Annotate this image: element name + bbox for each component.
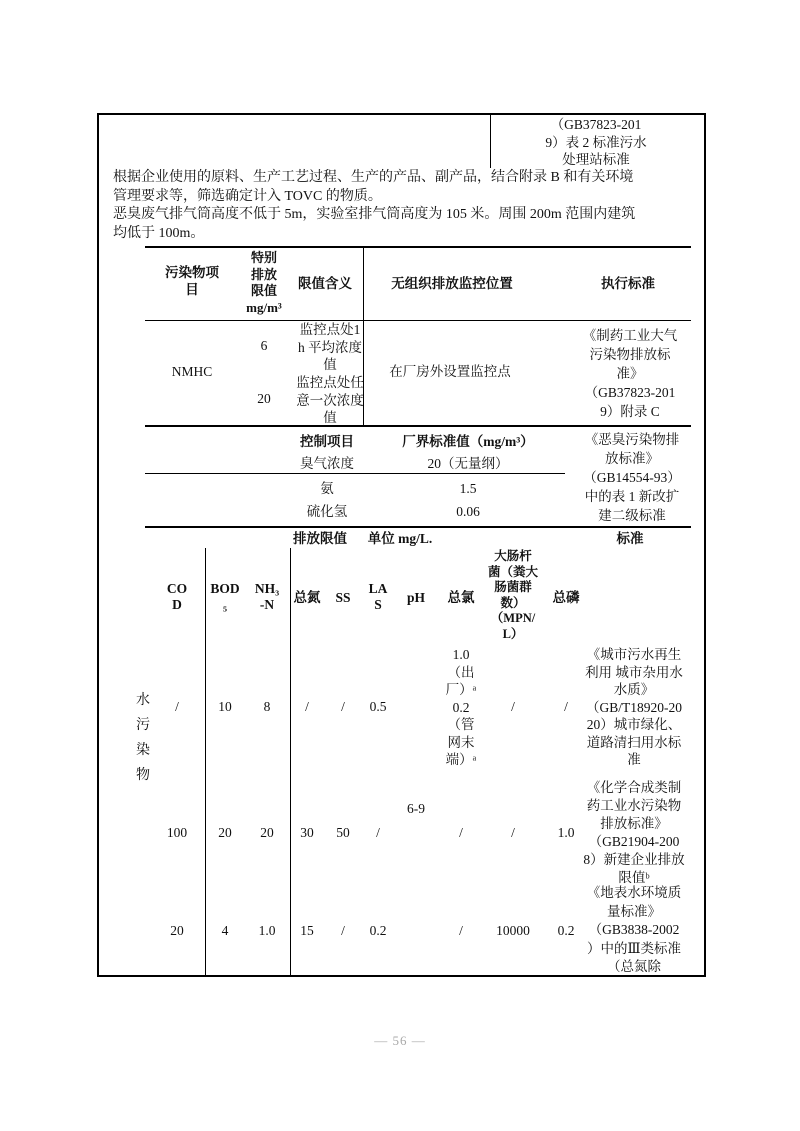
stack-height-paragraph: 恶臭废气排气筒高度不低于 5m，实验室排气筒高度为 105 米。周围 200m … (113, 206, 699, 243)
water-col-ss: SS (323, 589, 363, 606)
water-cell: / (439, 923, 483, 939)
odor-header-boundary-value: 厂界标准值（mg/m³） (368, 433, 568, 450)
gas-pollutant-nmhc: NMHC (152, 363, 232, 381)
gas-monitoring-location: 在厂房外设置监控点 (340, 363, 560, 381)
gas-limit-once: 20 (244, 390, 284, 408)
water-title-standard: 标准 (590, 530, 670, 547)
odor-row-item: 硫化氢 (267, 503, 387, 521)
water-col-bod5: BOD ₅ (203, 581, 247, 613)
odor-table-bottom-rule (145, 526, 691, 528)
odor-row-value: 1.5 (388, 480, 548, 498)
top-cell-divider (490, 115, 491, 168)
water-standard-pharma: 《化学合成类制 药工业水污染物 排放标准》 （GB21904-200 8）新建企… (571, 779, 697, 887)
water-standard-surface-water: 《地表水环境质 量标准》 （GB3838-2002 ）中的Ⅲ类标准 （总氮除 (571, 884, 697, 977)
page-number: — 56 — (350, 1033, 450, 1049)
odor-standard: 《恶臭污染物排 放标准》 （GB14554-93） 中的表 1 新改扩 建二级标… (568, 430, 696, 525)
gas-table-bottom-rule (145, 425, 691, 427)
intro-paragraph: 根据企业使用的原料、生产工艺过程、生产的产品、副产品，结合附录 B 和有关环境 … (113, 169, 699, 206)
water-cell: / (439, 825, 483, 841)
water-cell: 1.0 (245, 923, 289, 939)
water-col-total-nitrogen: 总氮 (287, 589, 327, 606)
water-row-label: 水 污 染 物 (131, 688, 155, 788)
gas-header-pollutant: 污染物项 目 (152, 264, 232, 298)
water-cell: / (491, 699, 535, 715)
water-col-total-chlorine: 总氯 (441, 589, 481, 606)
water-col-ph: pH (396, 589, 436, 606)
gas-header-standard: 执行标准 (568, 275, 688, 292)
odor-table-mid-rule (145, 473, 565, 474)
water-cell: / (491, 825, 535, 841)
water-cell: 10 (203, 699, 247, 715)
water-standard-reuse: 《城市污水再生 利用 城市杂用水 水质》 （GB/T18920-20 20）城市… (571, 646, 697, 769)
gas-standard: 《制药工业大气 污染物排放标 准》 （GB37823-201 9）附录 C (570, 326, 690, 421)
gas-meaning-once: 监控点处任 意一次浓度 值 (286, 374, 374, 427)
water-cell: 20 (203, 825, 247, 841)
gas-limit-hourly: 6 (244, 337, 284, 355)
water-cell: 10000 (485, 923, 541, 939)
gas-header-fugitive-location: 无组织排放监控位置 (342, 275, 562, 292)
odor-row-item: 氨 (267, 480, 387, 498)
water-title-unit: 单位 mg/L. (345, 530, 455, 547)
odor-row-item: 臭气浓度 (267, 455, 387, 473)
water-col-coliform: 大肠杆 菌（粪大 肠菌群 数） （MPN/ L） (485, 549, 541, 642)
gas-table-top-rule (145, 246, 691, 248)
water-cell: 4 (203, 923, 247, 939)
water-col-nh3n: NH₃ -N (245, 581, 289, 613)
odor-row-value: 0.06 (388, 503, 548, 521)
water-cell: 0.5 (356, 699, 400, 715)
water-cell: / (155, 699, 199, 715)
odor-row-value: 20（无量纲） (388, 455, 548, 473)
water-table-vertical-rule-2 (290, 548, 291, 975)
water-col-cod: CO D (157, 581, 197, 613)
water-cell: 20 (155, 923, 199, 939)
water-cell: / (356, 825, 400, 841)
water-col-total-phosphorus: 总磷 (546, 589, 586, 606)
document-page: （GB37823-201 9）表 2 标准污水 处理站标准 根据企业使用的原料、… (0, 0, 800, 1131)
top-right-note: （GB37823-201 9）表 2 标准污水 处理站标准 (496, 116, 696, 169)
water-cell-ph-merged: 6-9 (396, 801, 436, 817)
water-cell: 20 (245, 825, 289, 841)
water-cell: 0.2 (356, 923, 400, 939)
water-col-las: LA S (361, 581, 395, 613)
water-cell-chlorine-detail: 1.0 （出 厂）ᵃ 0.2 （管 网末 端）ᵃ (437, 646, 485, 769)
water-cell: 8 (245, 699, 289, 715)
gas-table-header-rule (145, 320, 691, 321)
water-cell: 100 (155, 825, 199, 841)
